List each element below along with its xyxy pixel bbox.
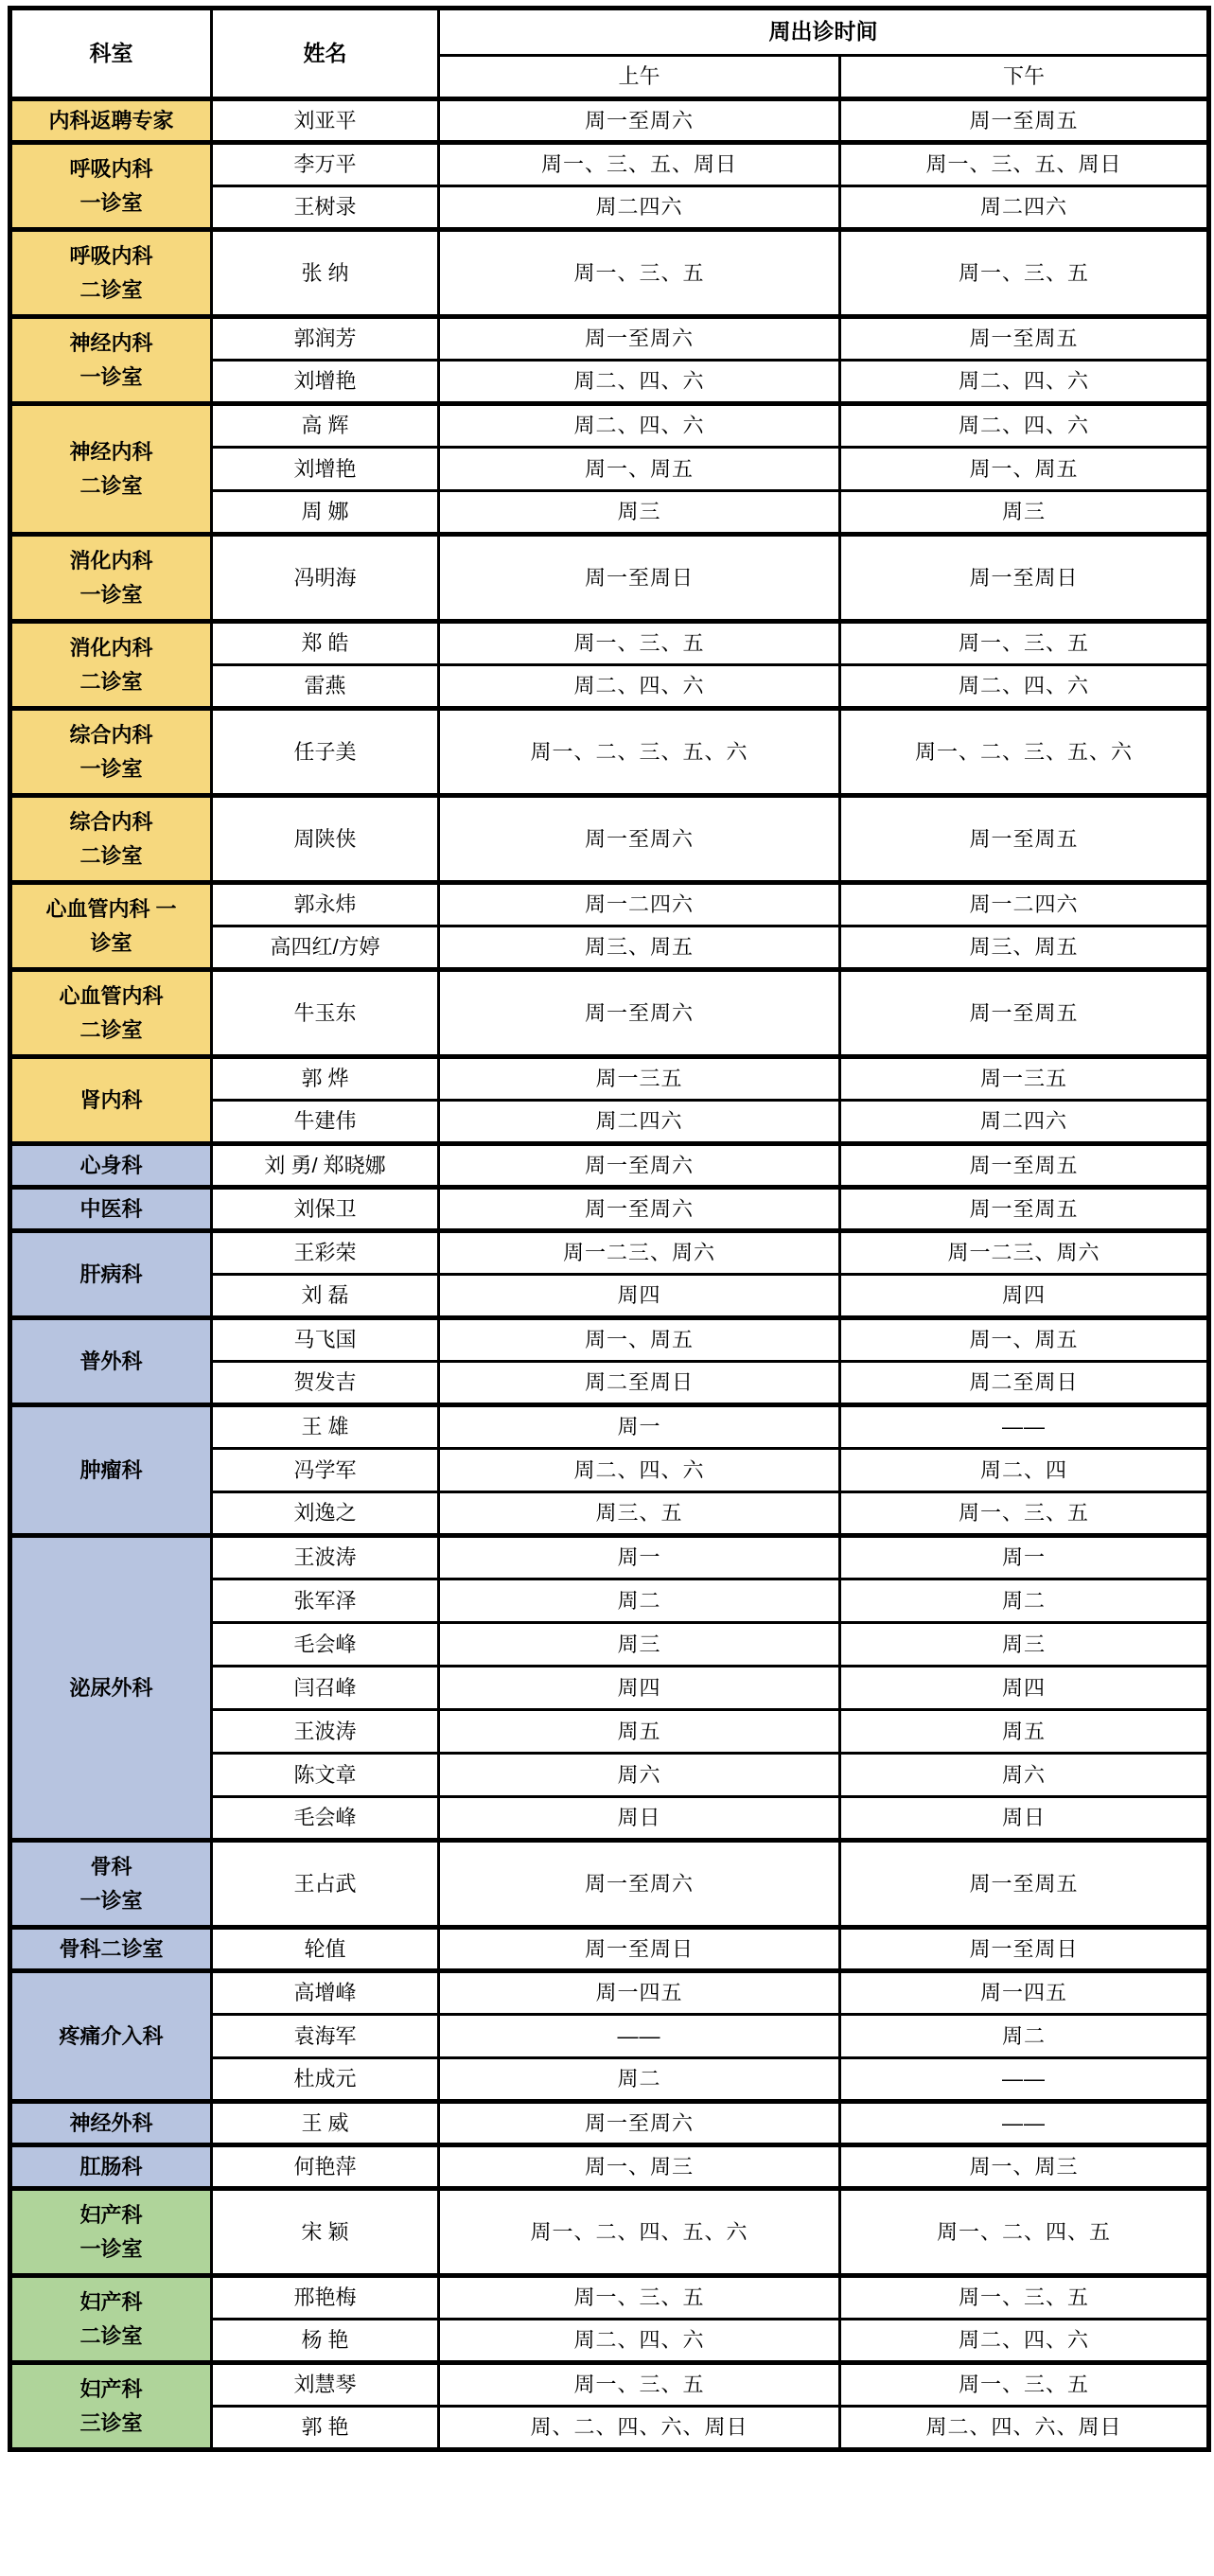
header-name: 姓名 bbox=[212, 9, 439, 99]
pm-schedule-cell: 周二至周日 bbox=[840, 1362, 1209, 1405]
am-schedule-cell: 周一、三、五 bbox=[439, 2276, 840, 2320]
am-schedule-cell: 周四 bbox=[439, 1275, 840, 1318]
am-schedule-cell: —— bbox=[439, 2015, 840, 2058]
schedule-row: 肛肠科何艳萍周一、周三周一、周三 bbox=[10, 2145, 1209, 2189]
pm-schedule-cell: —— bbox=[840, 2058, 1209, 2102]
header-dept: 科室 bbox=[10, 9, 212, 99]
doctor-name-cell: 毛会峰 bbox=[212, 1797, 439, 1841]
header-pm: 下午 bbox=[840, 56, 1209, 99]
doctor-name-cell: 宋 颖 bbox=[212, 2189, 439, 2276]
pm-schedule-cell: 周二、四、六 bbox=[840, 404, 1209, 448]
dept-cell: 骨科 一诊室 bbox=[10, 1841, 212, 1928]
doctor-name-cell: 高四红/方婷 bbox=[212, 926, 439, 970]
doctor-name-cell: 李万平 bbox=[212, 143, 439, 186]
doctor-name-cell: 毛会峰 bbox=[212, 1623, 439, 1667]
dept-cell: 心血管内科 一 诊室 bbox=[10, 883, 212, 970]
pm-schedule-cell: 周一、周五 bbox=[840, 1318, 1209, 1362]
pm-schedule-cell: 周日 bbox=[840, 1797, 1209, 1841]
pm-schedule-cell: 周一、三、五 bbox=[840, 622, 1209, 665]
pm-schedule-cell: 周一二四六 bbox=[840, 883, 1209, 926]
dept-cell: 普外科 bbox=[10, 1318, 212, 1405]
am-schedule-cell: 周日 bbox=[439, 1797, 840, 1841]
dept-cell: 肛肠科 bbox=[10, 2145, 212, 2189]
pm-schedule-cell: 周五 bbox=[840, 1710, 1209, 1754]
header-row-1: 科室 姓名 周出诊时间 bbox=[10, 9, 1209, 56]
schedule-row: 骨科 一诊室王占武周一至周六周一至周五 bbox=[10, 1841, 1209, 1928]
am-schedule-cell: 周一至周六 bbox=[439, 1144, 840, 1188]
schedule-row: 心血管内科 二诊室牛玉东周一至周六周一至周五 bbox=[10, 970, 1209, 1057]
pm-schedule-cell: 周一二三、周六 bbox=[840, 1231, 1209, 1275]
doctor-name-cell: 王占武 bbox=[212, 1841, 439, 1928]
am-schedule-cell: 周二四六 bbox=[439, 1101, 840, 1144]
pm-schedule-cell: 周二、四、六 bbox=[840, 361, 1209, 404]
pm-schedule-cell: 周一至周五 bbox=[840, 1841, 1209, 1928]
am-schedule-cell: 周一、二、三、五、六 bbox=[439, 709, 840, 796]
pm-schedule-cell: 周一至周日 bbox=[840, 535, 1209, 622]
am-schedule-cell: 周一至周六 bbox=[439, 970, 840, 1057]
dept-cell: 呼吸内科 一诊室 bbox=[10, 143, 212, 230]
dept-cell: 泌尿外科 bbox=[10, 1536, 212, 1841]
am-schedule-cell: 周三、五 bbox=[439, 1492, 840, 1536]
am-schedule-cell: 周一至周六 bbox=[439, 1841, 840, 1928]
schedule-row: 内科返聘专家刘亚平周一至周六周一至周五 bbox=[10, 99, 1209, 143]
pm-schedule-cell: 周一、三、五 bbox=[840, 2276, 1209, 2320]
dept-cell: 疼痛介入科 bbox=[10, 1971, 212, 2102]
header-am: 上午 bbox=[439, 56, 840, 99]
pm-schedule-cell: —— bbox=[840, 1405, 1209, 1449]
pm-schedule-cell: 周一至周五 bbox=[840, 1144, 1209, 1188]
am-schedule-cell: 周一、三、五 bbox=[439, 622, 840, 665]
pm-schedule-cell: 周一、周五 bbox=[840, 448, 1209, 491]
pm-schedule-cell: 周二、四、六 bbox=[840, 2320, 1209, 2363]
am-schedule-cell: 周一至周六 bbox=[439, 796, 840, 883]
doctor-name-cell: 郑 皓 bbox=[212, 622, 439, 665]
pm-schedule-cell: 周三 bbox=[840, 491, 1209, 535]
am-schedule-cell: 周一至周日 bbox=[439, 535, 840, 622]
pm-schedule-cell: 周一、三、五 bbox=[840, 230, 1209, 317]
am-schedule-cell: 周一四五 bbox=[439, 1971, 840, 2015]
am-schedule-cell: 周三 bbox=[439, 491, 840, 535]
am-schedule-cell: 周一、周五 bbox=[439, 1318, 840, 1362]
doctor-name-cell: 刘增艳 bbox=[212, 448, 439, 491]
pm-schedule-cell: 周四 bbox=[840, 1275, 1209, 1318]
dept-cell: 神经内科 一诊室 bbox=[10, 317, 212, 404]
doctor-name-cell: 郭 烨 bbox=[212, 1057, 439, 1101]
am-schedule-cell: 周一、二、四、五、六 bbox=[439, 2189, 840, 2276]
pm-schedule-cell: 周一四五 bbox=[840, 1971, 1209, 2015]
doctor-name-cell: 王彩荣 bbox=[212, 1231, 439, 1275]
am-schedule-cell: 周二 bbox=[439, 2058, 840, 2102]
schedule-row: 肿瘤科王 雄周一—— bbox=[10, 1405, 1209, 1449]
schedule-row: 神经外科王 威周一至周六—— bbox=[10, 2102, 1209, 2145]
clinic-schedule-table: 科室 姓名 周出诊时间 上午 下午 内科返聘专家刘亚平周一至周六周一至周五呼吸内… bbox=[8, 6, 1211, 2452]
pm-schedule-cell: 周二 bbox=[840, 2015, 1209, 2058]
header-schedule: 周出诊时间 bbox=[439, 9, 1209, 56]
pm-schedule-cell: 周一 bbox=[840, 1536, 1209, 1579]
am-schedule-cell: 周一二三、周六 bbox=[439, 1231, 840, 1275]
schedule-row: 骨科二诊室轮值周一至周日周一至周日 bbox=[10, 1928, 1209, 1971]
am-schedule-cell: 周一三五 bbox=[439, 1057, 840, 1101]
am-schedule-cell: 周二、四、六 bbox=[439, 361, 840, 404]
schedule-row: 综合内科 一诊室任子美周一、二、三、五、六周一、二、三、五、六 bbox=[10, 709, 1209, 796]
schedule-row: 心血管内科 一 诊室郭永炜周一二四六周一二四六 bbox=[10, 883, 1209, 926]
am-schedule-cell: 周一至周日 bbox=[439, 1928, 840, 1971]
pm-schedule-cell: 周一至周五 bbox=[840, 1188, 1209, 1231]
doctor-name-cell: 袁海军 bbox=[212, 2015, 439, 2058]
schedule-page: 科室 姓名 周出诊时间 上午 下午 内科返聘专家刘亚平周一至周六周一至周五呼吸内… bbox=[0, 0, 1214, 2456]
doctor-name-cell: 冯学军 bbox=[212, 1449, 439, 1492]
doctor-name-cell: 刘慧琴 bbox=[212, 2363, 439, 2407]
pm-schedule-cell: 周一、周三 bbox=[840, 2145, 1209, 2189]
pm-schedule-cell: 周一三五 bbox=[840, 1057, 1209, 1101]
doctor-name-cell: 任子美 bbox=[212, 709, 439, 796]
am-schedule-cell: 周三、周五 bbox=[439, 926, 840, 970]
doctor-name-cell: 刘逸之 bbox=[212, 1492, 439, 1536]
schedule-row: 消化内科 二诊室郑 皓周一、三、五周一、三、五 bbox=[10, 622, 1209, 665]
doctor-name-cell: 陈文章 bbox=[212, 1754, 439, 1797]
doctor-name-cell: 刘保卫 bbox=[212, 1188, 439, 1231]
dept-cell: 内科返聘专家 bbox=[10, 99, 212, 143]
dept-cell: 骨科二诊室 bbox=[10, 1928, 212, 1971]
am-schedule-cell: 周一至周六 bbox=[439, 99, 840, 143]
doctor-name-cell: 闫召峰 bbox=[212, 1667, 439, 1710]
am-schedule-cell: 周一至周六 bbox=[439, 317, 840, 361]
pm-schedule-cell: 周二四六 bbox=[840, 1101, 1209, 1144]
doctor-name-cell: 刘 磊 bbox=[212, 1275, 439, 1318]
am-schedule-cell: 周二、四、六 bbox=[439, 2320, 840, 2363]
am-schedule-cell: 周一 bbox=[439, 1536, 840, 1579]
am-schedule-cell: 周一、三、五 bbox=[439, 230, 840, 317]
schedule-row: 妇产科 一诊室宋 颖周一、二、四、五、六周一、二、四、五 bbox=[10, 2189, 1209, 2276]
pm-schedule-cell: 周四 bbox=[840, 1667, 1209, 1710]
am-schedule-cell: 周三 bbox=[439, 1623, 840, 1667]
pm-schedule-cell: 周二四六 bbox=[840, 186, 1209, 230]
am-schedule-cell: 周二、四、六 bbox=[439, 404, 840, 448]
doctor-name-cell: 雷燕 bbox=[212, 665, 439, 709]
dept-cell: 肾内科 bbox=[10, 1057, 212, 1144]
schedule-row: 呼吸内科 二诊室张 纳周一、三、五周一、三、五 bbox=[10, 230, 1209, 317]
pm-schedule-cell: 周二、四、六 bbox=[840, 665, 1209, 709]
doctor-name-cell: 何艳萍 bbox=[212, 2145, 439, 2189]
doctor-name-cell: 王树录 bbox=[212, 186, 439, 230]
schedule-row: 神经内科 一诊室郭润芳周一至周六周一至周五 bbox=[10, 317, 1209, 361]
pm-schedule-cell: —— bbox=[840, 2102, 1209, 2145]
am-schedule-cell: 周六 bbox=[439, 1754, 840, 1797]
doctor-name-cell: 王波涛 bbox=[212, 1536, 439, 1579]
schedule-table-body: 内科返聘专家刘亚平周一至周六周一至周五呼吸内科 一诊室李万平周一、三、五、周日周… bbox=[10, 99, 1209, 2450]
pm-schedule-cell: 周三、周五 bbox=[840, 926, 1209, 970]
am-schedule-cell: 周一、周三 bbox=[439, 2145, 840, 2189]
doctor-name-cell: 杨 艳 bbox=[212, 2320, 439, 2363]
pm-schedule-cell: 周一、三、五、周日 bbox=[840, 143, 1209, 186]
pm-schedule-cell: 周三 bbox=[840, 1623, 1209, 1667]
dept-cell: 综合内科 二诊室 bbox=[10, 796, 212, 883]
schedule-row: 心身科刘 勇/ 郑晓娜周一至周六周一至周五 bbox=[10, 1144, 1209, 1188]
dept-cell: 消化内科 一诊室 bbox=[10, 535, 212, 622]
pm-schedule-cell: 周二、四、六、周日 bbox=[840, 2407, 1209, 2450]
schedule-row: 普外科马飞国周一、周五周一、周五 bbox=[10, 1318, 1209, 1362]
am-schedule-cell: 周二、四、六 bbox=[439, 665, 840, 709]
pm-schedule-cell: 周一至周五 bbox=[840, 99, 1209, 143]
doctor-name-cell: 郭润芳 bbox=[212, 317, 439, 361]
schedule-row: 疼痛介入科高增峰周一四五周一四五 bbox=[10, 1971, 1209, 2015]
schedule-row: 消化内科 一诊室冯明海周一至周日周一至周日 bbox=[10, 535, 1209, 622]
schedule-row: 综合内科 二诊室周陕侠周一至周六周一至周五 bbox=[10, 796, 1209, 883]
am-schedule-cell: 周一 bbox=[439, 1405, 840, 1449]
doctor-name-cell: 刘增艳 bbox=[212, 361, 439, 404]
pm-schedule-cell: 周一至周五 bbox=[840, 317, 1209, 361]
schedule-row: 妇产科 二诊室邢艳梅周一、三、五周一、三、五 bbox=[10, 2276, 1209, 2320]
doctor-name-cell: 马飞国 bbox=[212, 1318, 439, 1362]
schedule-row: 神经内科 二诊室高 辉周二、四、六周二、四、六 bbox=[10, 404, 1209, 448]
doctor-name-cell: 贺发吉 bbox=[212, 1362, 439, 1405]
pm-schedule-cell: 周二、四 bbox=[840, 1449, 1209, 1492]
am-schedule-cell: 周四 bbox=[439, 1667, 840, 1710]
doctor-name-cell: 轮值 bbox=[212, 1928, 439, 1971]
doctor-name-cell: 高 辉 bbox=[212, 404, 439, 448]
doctor-name-cell: 牛玉东 bbox=[212, 970, 439, 1057]
dept-cell: 心血管内科 二诊室 bbox=[10, 970, 212, 1057]
am-schedule-cell: 周一至周六 bbox=[439, 2102, 840, 2145]
doctor-name-cell: 邢艳梅 bbox=[212, 2276, 439, 2320]
dept-cell: 呼吸内科 二诊室 bbox=[10, 230, 212, 317]
schedule-row: 呼吸内科 一诊室李万平周一、三、五、周日周一、三、五、周日 bbox=[10, 143, 1209, 186]
dept-cell: 心身科 bbox=[10, 1144, 212, 1188]
doctor-name-cell: 王 雄 bbox=[212, 1405, 439, 1449]
doctor-name-cell: 周陕侠 bbox=[212, 796, 439, 883]
doctor-name-cell: 周 娜 bbox=[212, 491, 439, 535]
am-schedule-cell: 周二至周日 bbox=[439, 1362, 840, 1405]
schedule-row: 肝病科王彩荣周一二三、周六周一二三、周六 bbox=[10, 1231, 1209, 1275]
am-schedule-cell: 周二四六 bbox=[439, 186, 840, 230]
doctor-name-cell: 郭永炜 bbox=[212, 883, 439, 926]
schedule-row: 肾内科郭 烨周一三五周一三五 bbox=[10, 1057, 1209, 1101]
pm-schedule-cell: 周二 bbox=[840, 1579, 1209, 1623]
am-schedule-cell: 周二、四、六 bbox=[439, 1449, 840, 1492]
am-schedule-cell: 周一、周五 bbox=[439, 448, 840, 491]
dept-cell: 神经外科 bbox=[10, 2102, 212, 2145]
pm-schedule-cell: 周一至周五 bbox=[840, 970, 1209, 1057]
am-schedule-cell: 周一、三、五、周日 bbox=[439, 143, 840, 186]
pm-schedule-cell: 周一、二、四、五 bbox=[840, 2189, 1209, 2276]
doctor-name-cell: 张 纳 bbox=[212, 230, 439, 317]
pm-schedule-cell: 周一、三、五 bbox=[840, 2363, 1209, 2407]
doctor-name-cell: 冯明海 bbox=[212, 535, 439, 622]
schedule-row: 妇产科 三诊室刘慧琴周一、三、五周一、三、五 bbox=[10, 2363, 1209, 2407]
am-schedule-cell: 周、二、四、六、周日 bbox=[439, 2407, 840, 2450]
pm-schedule-cell: 周一至周日 bbox=[840, 1928, 1209, 1971]
doctor-name-cell: 杜成元 bbox=[212, 2058, 439, 2102]
doctor-name-cell: 刘 勇/ 郑晓娜 bbox=[212, 1144, 439, 1188]
am-schedule-cell: 周一至周六 bbox=[439, 1188, 840, 1231]
dept-cell: 妇产科 一诊室 bbox=[10, 2189, 212, 2276]
dept-cell: 综合内科 一诊室 bbox=[10, 709, 212, 796]
dept-cell: 肝病科 bbox=[10, 1231, 212, 1318]
doctor-name-cell: 牛建伟 bbox=[212, 1101, 439, 1144]
doctor-name-cell: 王波涛 bbox=[212, 1710, 439, 1754]
pm-schedule-cell: 周一、二、三、五、六 bbox=[840, 709, 1209, 796]
dept-cell: 肿瘤科 bbox=[10, 1405, 212, 1536]
dept-cell: 消化内科 二诊室 bbox=[10, 622, 212, 709]
schedule-row: 中医科刘保卫周一至周六周一至周五 bbox=[10, 1188, 1209, 1231]
dept-cell: 妇产科 三诊室 bbox=[10, 2363, 212, 2450]
doctor-name-cell: 郭 艳 bbox=[212, 2407, 439, 2450]
dept-cell: 神经内科 二诊室 bbox=[10, 404, 212, 535]
doctor-name-cell: 高增峰 bbox=[212, 1971, 439, 2015]
pm-schedule-cell: 周六 bbox=[840, 1754, 1209, 1797]
doctor-name-cell: 张军泽 bbox=[212, 1579, 439, 1623]
am-schedule-cell: 周二 bbox=[439, 1579, 840, 1623]
doctor-name-cell: 王 威 bbox=[212, 2102, 439, 2145]
am-schedule-cell: 周一、三、五 bbox=[439, 2363, 840, 2407]
doctor-name-cell: 刘亚平 bbox=[212, 99, 439, 143]
dept-cell: 妇产科 二诊室 bbox=[10, 2276, 212, 2363]
pm-schedule-cell: 周一至周五 bbox=[840, 796, 1209, 883]
dept-cell: 中医科 bbox=[10, 1188, 212, 1231]
am-schedule-cell: 周一二四六 bbox=[439, 883, 840, 926]
am-schedule-cell: 周五 bbox=[439, 1710, 840, 1754]
schedule-row: 泌尿外科王波涛周一周一 bbox=[10, 1536, 1209, 1579]
pm-schedule-cell: 周一、三、五 bbox=[840, 1492, 1209, 1536]
